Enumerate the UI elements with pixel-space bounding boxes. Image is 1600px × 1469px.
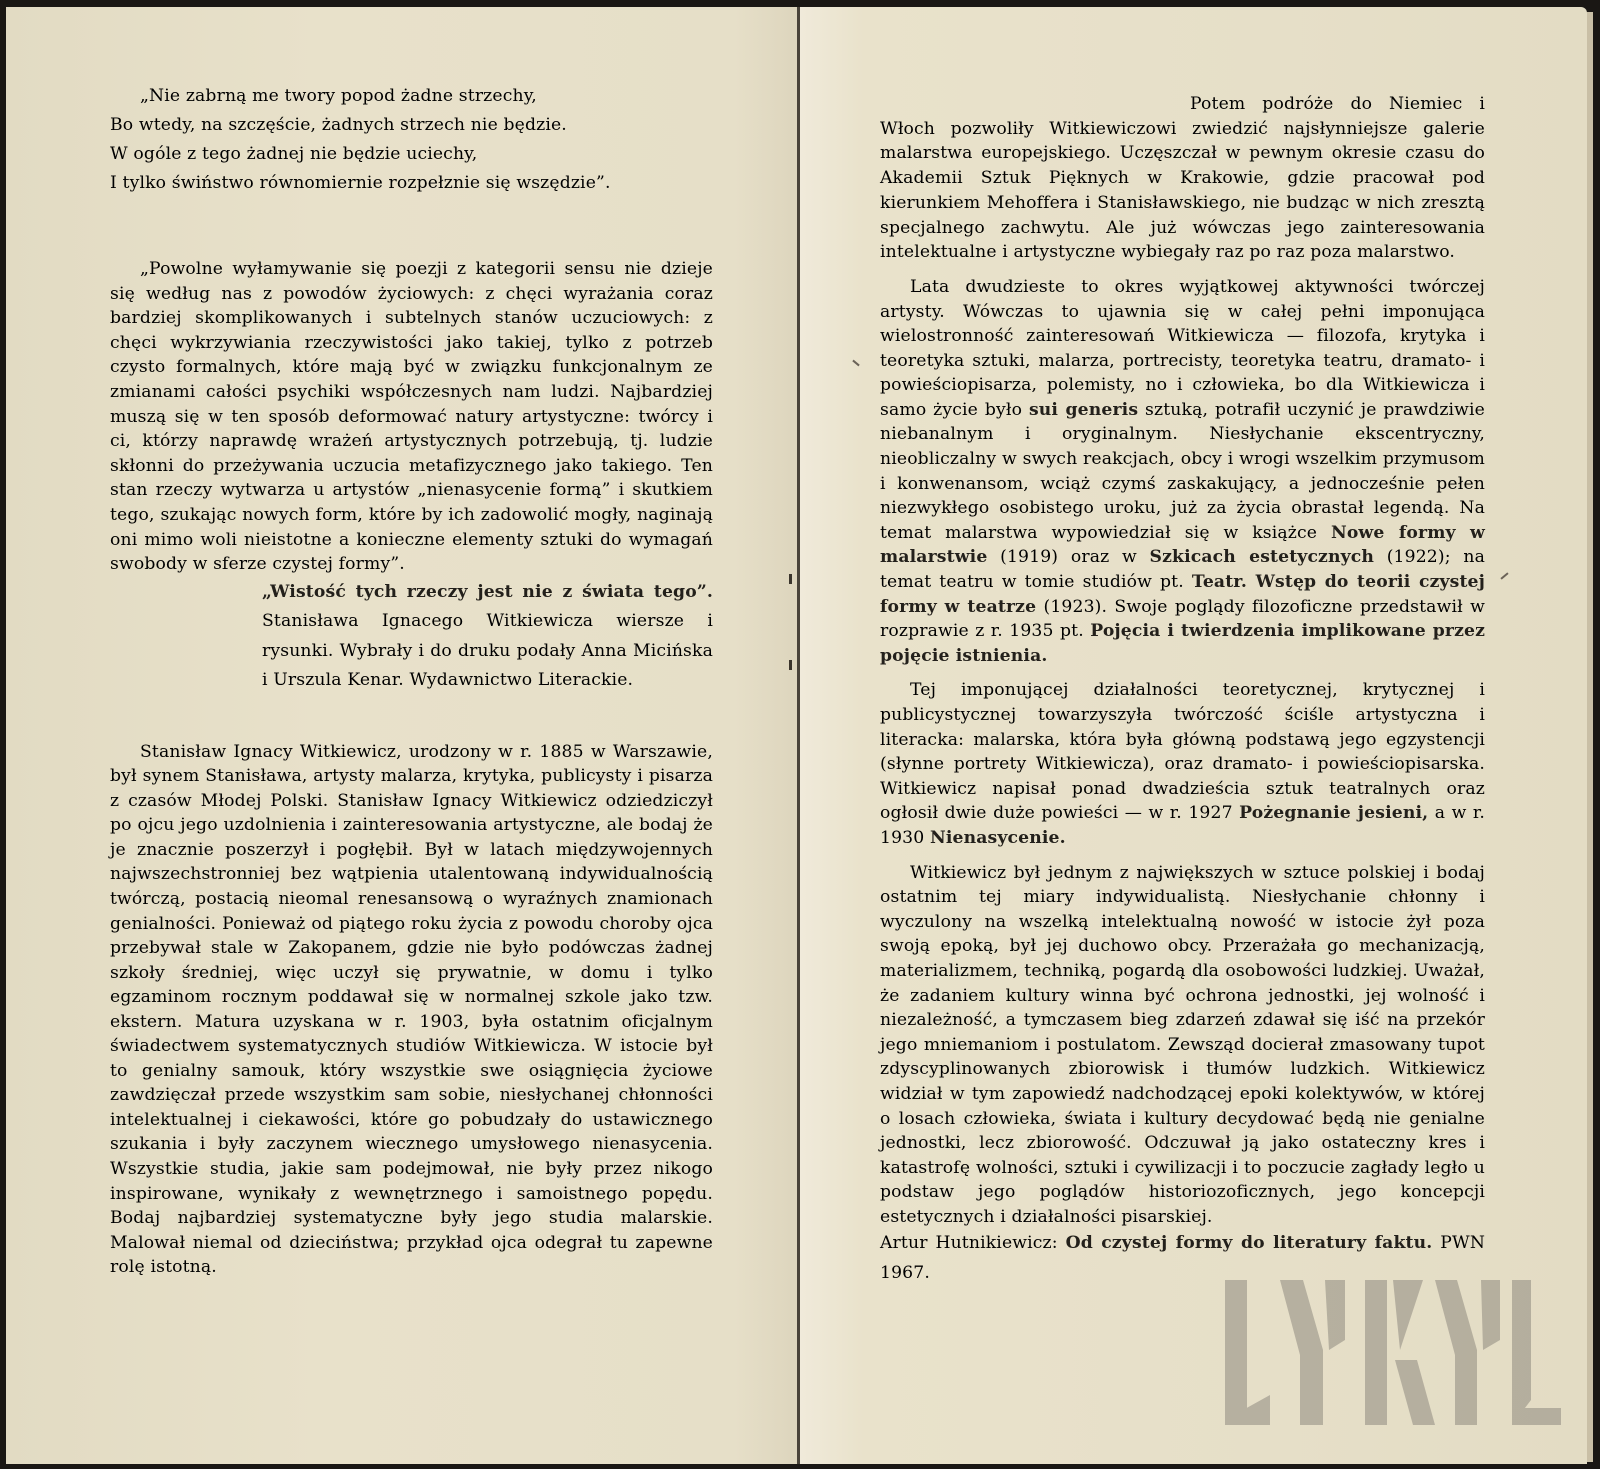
quote-source: „Wistość tych rzeczy jest nie z świata t… bbox=[262, 578, 713, 696]
paper-mark bbox=[789, 660, 792, 670]
novel-title: Nienasycenie. bbox=[930, 828, 1066, 848]
source-details: Stanisława Ignacego Witkiewicza wiersze … bbox=[262, 611, 713, 690]
poem-line: I tylko świństwo równomiernie rozpełznie… bbox=[110, 169, 713, 198]
quote-paragraph: „Powolne wyłamywanie się poezji z katego… bbox=[110, 257, 713, 577]
paragraph-text: Tej imponującej działalności teoretyczne… bbox=[880, 680, 1485, 823]
paragraph-text: (1919) oraz w bbox=[987, 547, 1149, 567]
citation: Artur Hutnikiewicz: Od czystej formy do … bbox=[880, 1229, 1485, 1288]
paragraph-text: sztuką, potrafił uczynić je prawdziwie n… bbox=[880, 400, 1485, 543]
book-title: Szkicach estetycznych bbox=[1150, 547, 1374, 567]
paragraph-text: Potem podróże do Niemiec i Włoch pozwoli… bbox=[880, 94, 1485, 262]
poem-line: W ogóle z tego żadnej nie będzie uciechy… bbox=[110, 140, 713, 169]
poem-excerpt: „Nie zabrną me twory popod żadne strzech… bbox=[110, 82, 713, 198]
right-column: Potem podróże do Niemiec i Włoch pozwoli… bbox=[880, 92, 1485, 1288]
paragraph-text: Lata dwudzieste to okres wyjątkowej akty… bbox=[880, 277, 1485, 420]
prose-quote: „Powolne wyłamywanie się poezji z katego… bbox=[110, 257, 713, 577]
paragraph-individualist: Witkiewicz był jednym z największych w s… bbox=[880, 861, 1485, 1230]
novel-title: Pożegnanie jesieni, bbox=[1239, 803, 1428, 823]
paragraph-travels: Potem podróże do Niemiec i Włoch pozwoli… bbox=[880, 92, 1485, 265]
left-column: „Nie zabrną me twory popod żadne strzech… bbox=[110, 82, 713, 1280]
page-edge bbox=[1587, 12, 1593, 1462]
paper-mark bbox=[789, 574, 792, 584]
emphasis-sui-generis: sui generis bbox=[1029, 400, 1138, 420]
poem-line: Bo wtedy, na szczęście, żadnych strzech … bbox=[110, 111, 713, 140]
paragraph-works: Tej imponującej działalności teoretyczne… bbox=[880, 678, 1485, 850]
bio-paragraph: Stanisław Ignacy Witkiewicz, urodzony w … bbox=[110, 740, 713, 1280]
paragraph-twenties: Lata dwudzieste to okres wyjątkowej akty… bbox=[880, 275, 1485, 669]
source-title: „Wistość tych rzeczy jest nie z świata t… bbox=[262, 582, 713, 602]
biography: Stanisław Ignacy Witkiewicz, urodzony w … bbox=[110, 740, 713, 1280]
citation-author: Artur Hutnikiewicz: bbox=[880, 1233, 1066, 1253]
poem-line: „Nie zabrną me twory popod żadne strzech… bbox=[110, 82, 713, 111]
citation-title: Od czystej formy do literatury faktu. bbox=[1066, 1233, 1433, 1253]
